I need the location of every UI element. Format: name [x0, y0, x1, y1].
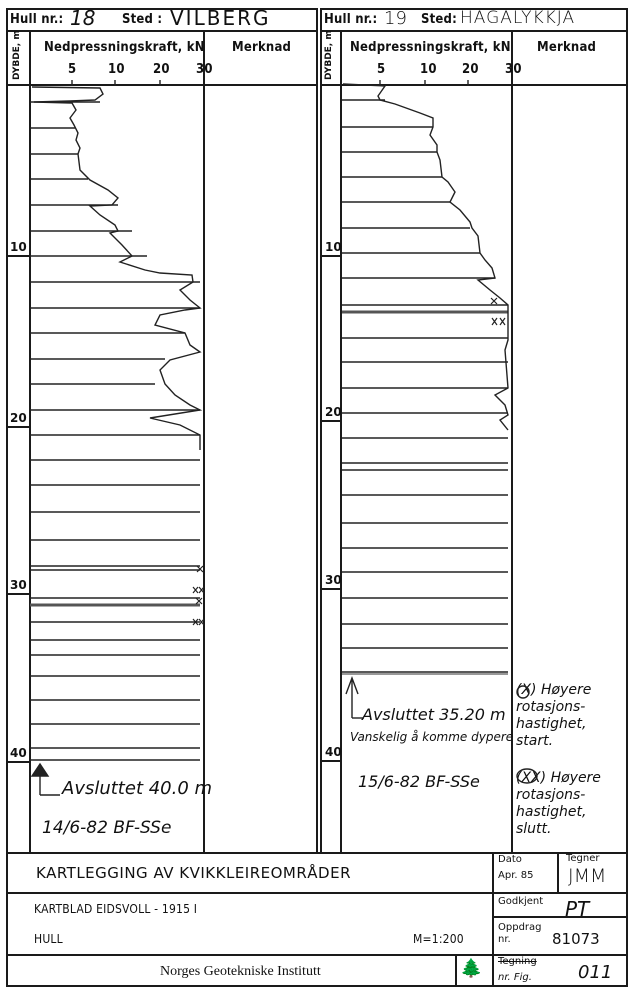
map-sheet: KARTBLAD EIDSVOLL - 1915 I — [34, 902, 197, 916]
godkjent-value: PT — [565, 897, 589, 921]
project-title: KARTLEGGING AV KVIKKLEIREOMRÅDER — [36, 864, 351, 882]
hole-19-rod-lines — [342, 100, 508, 674]
penetration-plots — [0, 0, 632, 997]
fig-value: 011 — [578, 962, 612, 983]
dato-label: Dato — [498, 854, 522, 865]
oppdrag-value: 81073 — [552, 930, 600, 948]
drilling-log-sheet: Hull nr.: 18 Sted : VILBERG DYBDE, m Ned… — [0, 0, 632, 997]
godkjent-label: Godkjent — [498, 896, 543, 907]
scale: M=1:200 — [413, 932, 464, 946]
dato-value: Apr. 85 — [498, 870, 533, 881]
tegner-label: Tegner — [566, 853, 600, 864]
fig-label: nr. Fig. — [498, 972, 532, 983]
subject: HULL — [34, 932, 63, 946]
tegning-label: Tegning — [498, 956, 537, 967]
ngi-logo-icon: 🌲 — [460, 958, 482, 979]
hole-18-end-arrow — [32, 764, 60, 795]
oppdrag-label: Oppdrag nr. — [498, 922, 540, 946]
institute-name: Norges Geotekniske Institutt — [160, 964, 321, 980]
tegner-value: JMM — [568, 865, 606, 887]
hole-18-x-marks — [193, 566, 204, 625]
hole-19-force-curve — [343, 84, 508, 430]
hole-18-force-curve — [32, 87, 200, 450]
hole-19-end-arrow — [346, 678, 364, 718]
